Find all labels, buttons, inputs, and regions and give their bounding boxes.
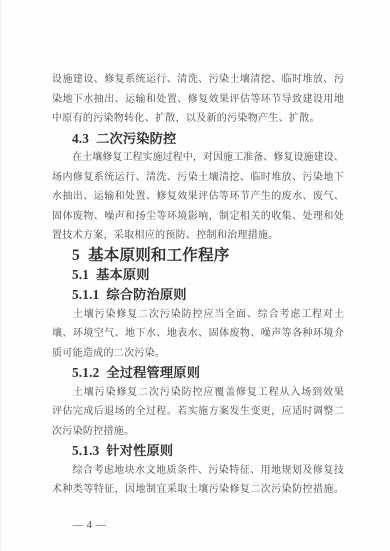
paragraph-line: 染地下水抽出、运输和处置、修复效果评估等环节导致建设用地 (52, 90, 344, 110)
section-heading: 4.3 二次污染防控 (52, 129, 344, 149)
paragraph-line: 壤、环境空气、地下水、地表水、固体废物、噪声等各种环境介 (52, 324, 344, 344)
section-heading: 5.1.2 全过程管理原则 (52, 363, 344, 383)
section-heading: 5 基本原则和工作程序 (52, 246, 344, 266)
section-heading: 5.1.3 针对性原则 (52, 441, 344, 461)
paragraph-line: 综合考虑地块水文地质条件、污染特征、用地规划及修复技 (52, 461, 344, 481)
section-heading: 5.1 基本原则 (52, 265, 344, 285)
page-footer: — 4 — (60, 502, 107, 518)
page-number: — 4 — (73, 520, 107, 531)
document-content: 设施建设、修复系统运行、清洗、污染土壤清挖、临时堆放、污染地下水抽出、运输和处置… (52, 70, 344, 500)
paragraph-line: 场内修复系统运行、清洗、污染土壤清挖、临时堆放、污染地下 (52, 168, 344, 188)
paragraph-line: 置技术方案，采取相应的预防、控制和治理措施。 (52, 226, 344, 246)
paragraph-line: 固体废物、噪声和扬尘等环境影响，制定相关的收集、处理和处 (52, 207, 344, 227)
paragraph-line: 土壤污染修复二次污染防控应当全面、综合考虑工程对土 (52, 305, 344, 325)
paragraph-line: 在土壤修复工程实施过程中，对因施工准备、修复设施建设、 (52, 148, 344, 168)
paragraph-line: 质可能造成的二次污染。 (52, 344, 344, 364)
paragraph-line: 土壤污染修复二次污染防控应覆盖修复工程从入场到效果 (52, 383, 344, 403)
section-heading: 5.1.1 综合防治原则 (52, 285, 344, 305)
paragraph-line: 中原有的污染物转化、扩散，以及新的污染物产生、扩散。 (52, 109, 344, 129)
paragraph-line: 评估完成后退场的全过程。若实施方案发生变更，应适时调整二 (52, 402, 344, 422)
paragraph-line: 次污染防控措施。 (52, 422, 344, 442)
paragraph-line: 术种类等特征，因地制宜采取土壤污染修复二次污染防控措施。 (52, 480, 344, 500)
paragraph-line: 水抽出、运输和处置、修复效果评估等环节产生的废水、废气、 (52, 187, 344, 207)
document-page: 设施建设、修复系统运行、清洗、污染土壤清挖、临时堆放、污染地下水抽出、运输和处置… (0, 0, 390, 551)
paragraph-line: 设施建设、修复系统运行、清洗、污染土壤清挖、临时堆放、污 (52, 70, 344, 90)
